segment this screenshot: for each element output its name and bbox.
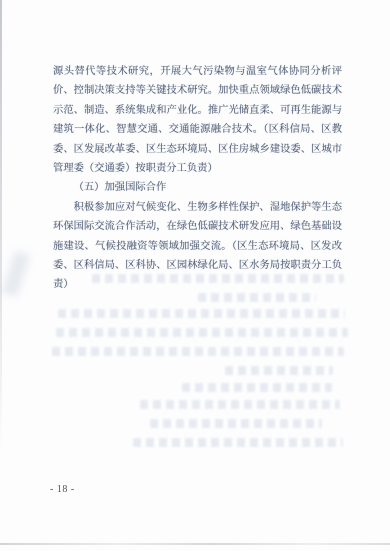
bleedthrough-artifact: [56, 328, 348, 337]
bleedthrough-artifact: [225, 366, 333, 375]
bleedthrough-artifact: [140, 400, 340, 409]
body-line: 示范、制造、系统集成和产业化。推广光储直柔、可再生能源与: [53, 101, 342, 120]
body-line: 委、区发展改革委、区生态环境局、区住房城乡建设委、区城市: [53, 140, 342, 159]
bleedthrough-artifact: [150, 419, 322, 428]
scanned-document-page: 源头替代等技术研究，开展大气污染物与温室气体协同分析评 价、控制决策支持等关键技…: [0, 0, 390, 551]
body-line: 委、区科信局、区科协、区园林绿化局、区水务局按职责分工负: [53, 256, 342, 275]
bleedthrough-artifact: [198, 293, 316, 302]
section-heading-line: （五）加强国际合作: [53, 178, 342, 197]
page-left-edge-artifact: [0, 0, 2, 551]
bleedthrough-artifact: [52, 347, 344, 356]
bleedthrough-artifact: [133, 438, 343, 447]
bleedthrough-artifact: [182, 383, 332, 392]
page-bottom-edge-artifact: [0, 543, 390, 545]
scan-smudge-artifact: [2, 251, 31, 298]
document-text-block: 源头替代等技术研究，开展大气污染物与温室气体协同分析评 价、控制决策支持等关键技…: [53, 62, 342, 295]
body-line: 施建设、气候投融资等领域加强交流。（区生态环境局、区发改: [53, 237, 342, 256]
bleedthrough-artifact: [58, 309, 345, 318]
page-number: - 18 -: [50, 484, 75, 495]
body-line: 源头替代等技术研究，开展大气污染物与温室气体协同分析评: [53, 62, 342, 81]
body-line: 管理委（交通委）按职责分工负责）: [53, 159, 342, 178]
body-line: 建筑一体化、智慧交通、交通能源融合技术。（区科信局、区教: [53, 120, 342, 139]
body-line: 价、控制决策支持等关键技术研究。加快重点领域绿色低碳技术: [53, 81, 342, 100]
bleedthrough-artifact: [92, 274, 344, 283]
body-line: 积极参加应对气候变化、生物多样性保护、湿地保护等生态: [53, 198, 342, 217]
body-line: 环保国际交流合作活动，在绿色低碳技术研发应用、绿色基础设: [53, 217, 342, 236]
